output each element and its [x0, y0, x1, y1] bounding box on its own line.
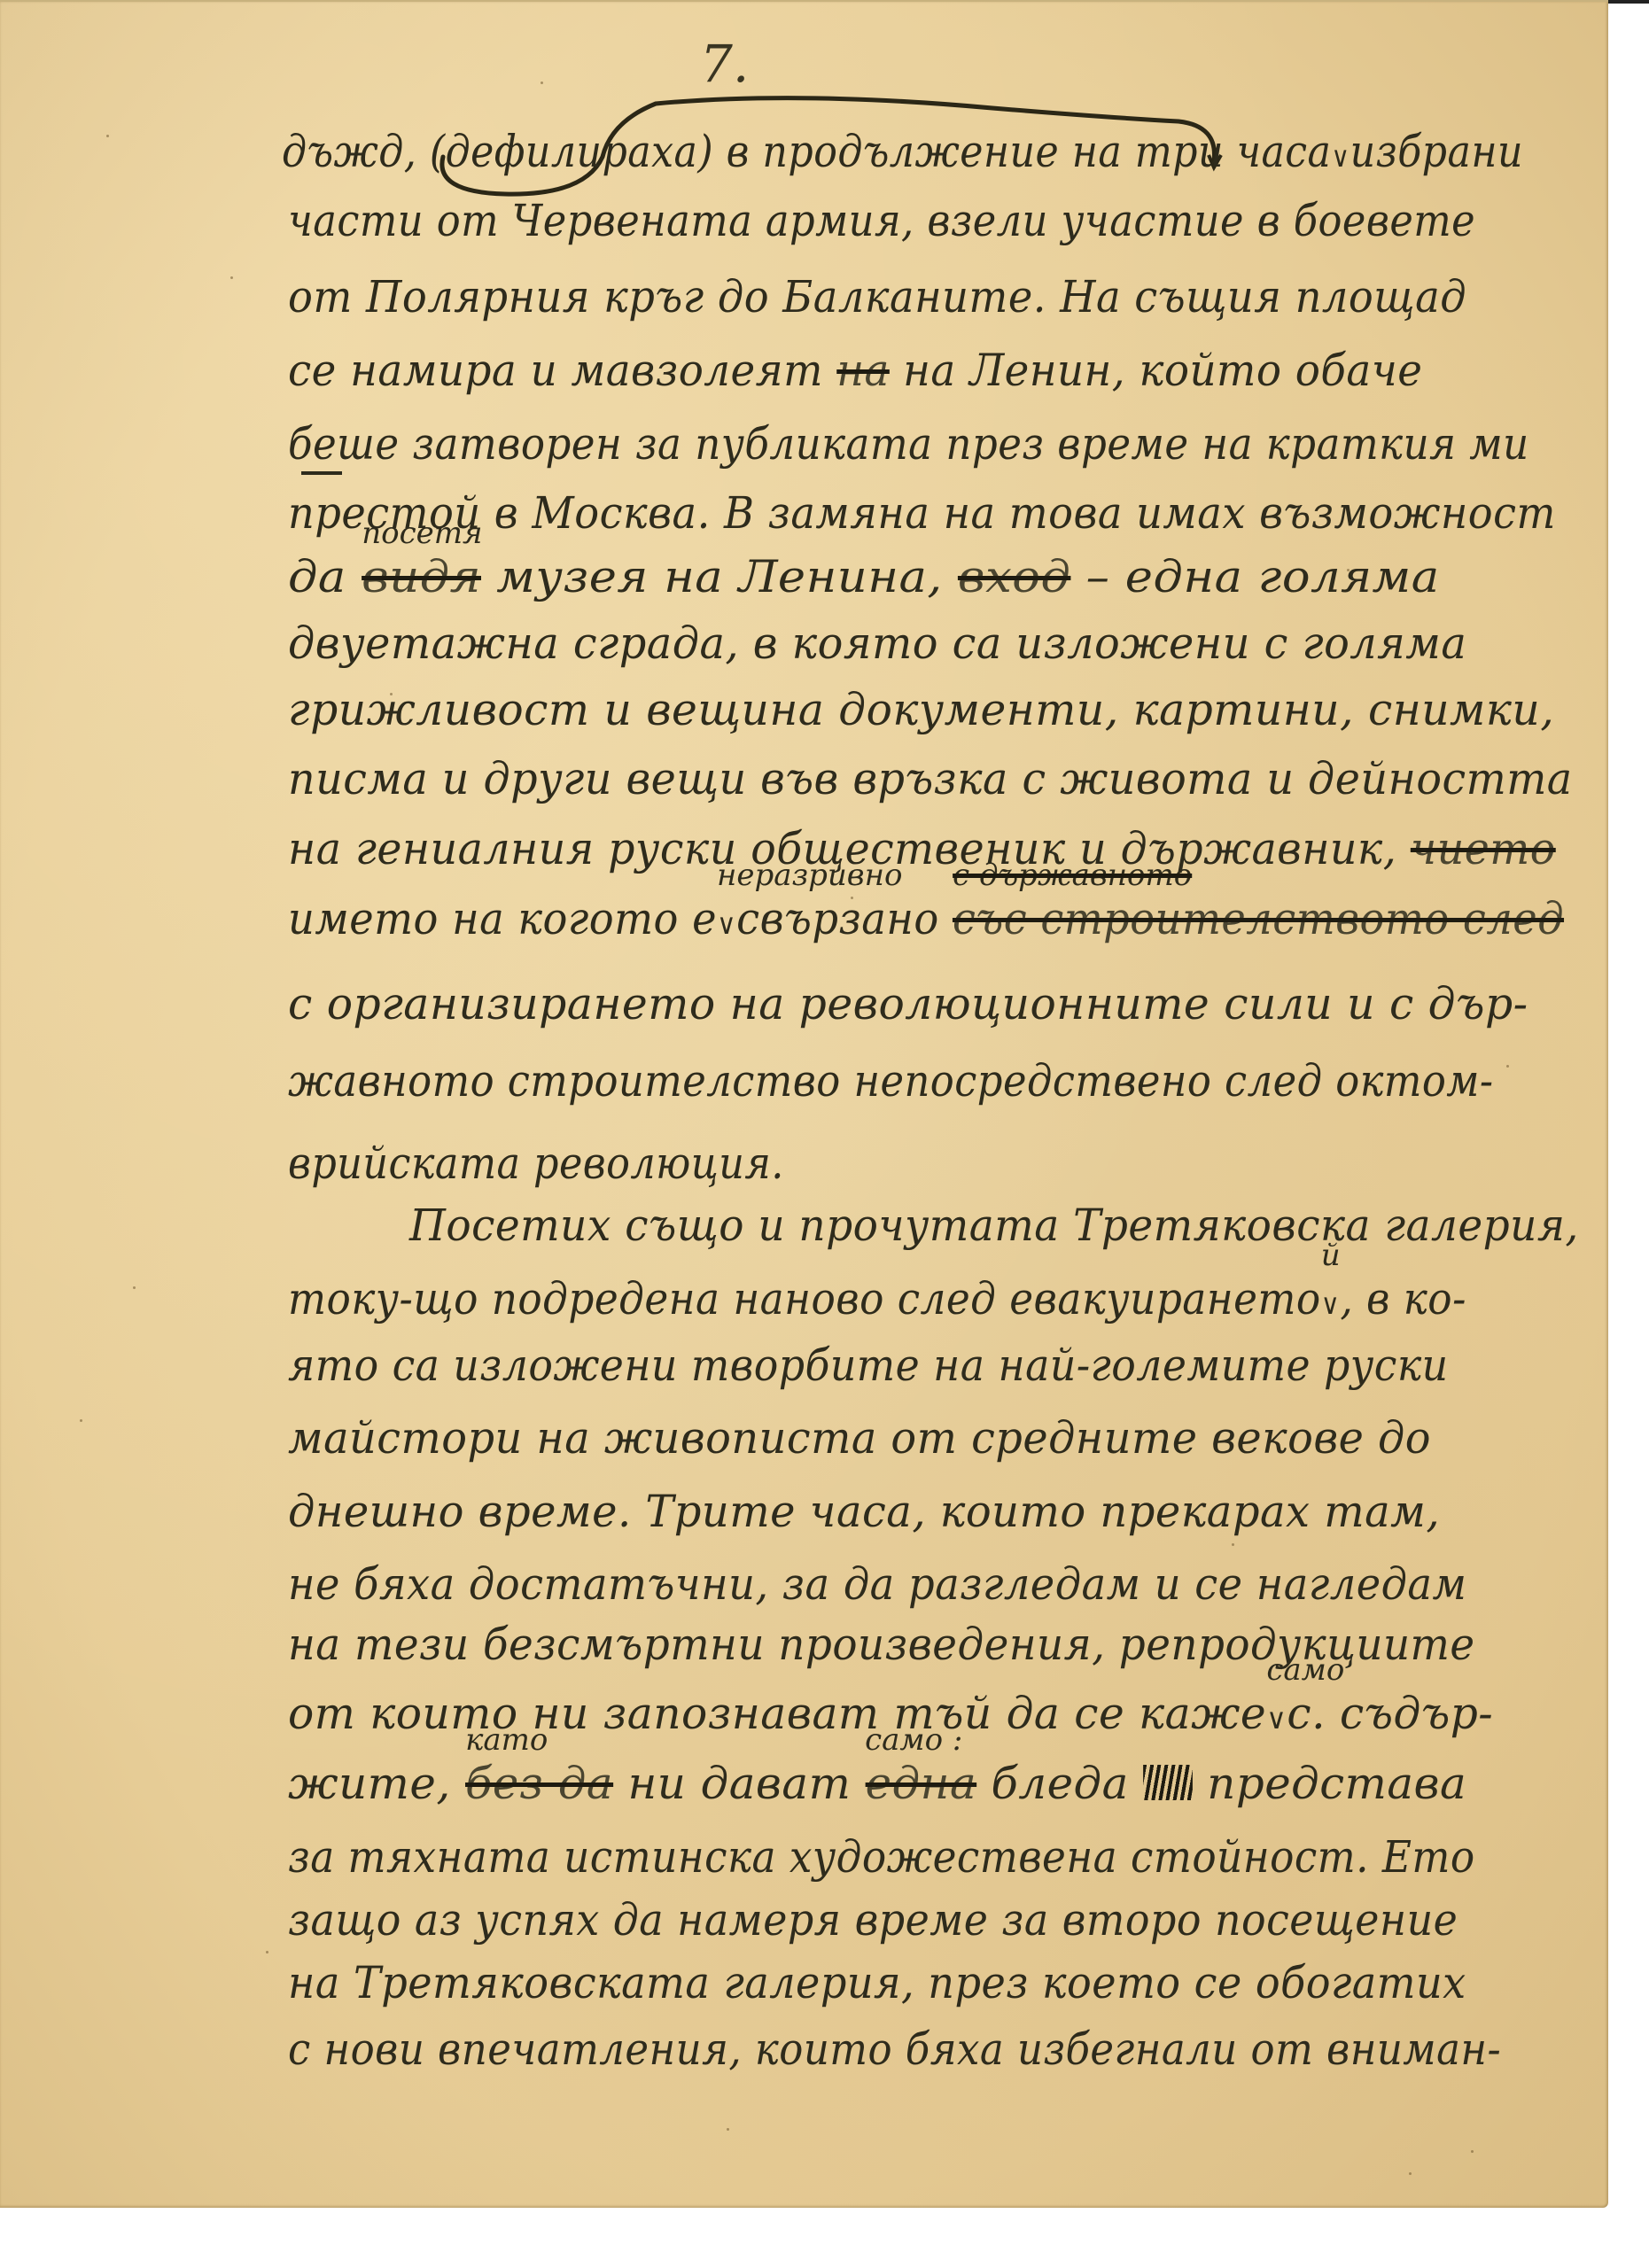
manuscript-line: ято са изложени творбите на най-големите… [288, 1343, 1449, 1387]
line-text: ни дават [613, 1758, 865, 1809]
insertion-caret-mark: ∨ [717, 907, 736, 941]
manuscript-line: Посетих също и прочутата Третяковска гал… [409, 1203, 1579, 1247]
line-text: – една голяма [1070, 551, 1439, 602]
line-text: защо аз успях да намеря време за второ п… [288, 1894, 1458, 1946]
manuscript-line: жавното строителство непосредствено след… [288, 1059, 1494, 1103]
paper-speck [727, 2128, 729, 2131]
manuscript-line: дъжд, (дефилираха) в продължение на три … [282, 129, 1523, 174]
line-text: се намира и мавзолеят [288, 345, 836, 396]
line-text: майстори на живописта от средните векове… [288, 1412, 1431, 1464]
interlinear-insertion: неразривно [717, 858, 902, 893]
manuscript-line: беше затворен за публиката през време на… [288, 422, 1529, 466]
line-text: , в ко- [1340, 1273, 1466, 1324]
line-text: ято са изложени творбите на най-големите… [288, 1340, 1449, 1391]
interlinear-insertion: само : [865, 1722, 962, 1758]
paper-speck [230, 276, 233, 279]
line-text: избрани [1350, 126, 1523, 177]
line-text: Посетих също и прочутата Третяковска гал… [409, 1200, 1579, 1251]
line-text: представа [1193, 1758, 1466, 1809]
manuscript-line: на гениалния руски общественик и държавн… [288, 827, 1556, 871]
manuscript-line: от Полярния кръг до Балканите. На същия … [288, 275, 1466, 319]
line-text: врийската революция. [288, 1138, 784, 1189]
line-text: днешно време. Трите часа, които прекарах… [288, 1486, 1440, 1537]
insertion-caret-mark: ∨ [1331, 140, 1350, 174]
line-text: на Ленин, който обаче [890, 345, 1423, 396]
line-text: с. съдър- [1287, 1688, 1493, 1739]
line-text: с нови впечатления, които бяха избегнали… [288, 2023, 1501, 2075]
insertion-caret-mark: ∨ [1266, 1702, 1287, 1736]
underline-mark [301, 471, 342, 475]
line-text: името на когото е [288, 893, 717, 944]
struck-through-text: без да [465, 1758, 613, 1809]
manuscript-line: грижливост и вещина документи, картини, … [288, 687, 1554, 732]
struck-through-text: видя [362, 551, 481, 602]
struck-through-text: чието [1411, 823, 1556, 874]
manuscript-line: двуетажна сграда, в която са изложени с … [288, 621, 1466, 665]
struck-through-text: със строителството след [953, 893, 1564, 944]
paper-speck [851, 897, 853, 899]
manuscript-line: на Третяковската галерия, през което се … [288, 1961, 1466, 2005]
paper-speck [1471, 2150, 1474, 2153]
circled-word: (дефилираха) [430, 126, 713, 177]
manuscript-line: името на когото е∨свързано със строителс… [288, 897, 1564, 941]
paper-speck [133, 1286, 136, 1289]
line-text: двуетажна сграда, в която са изложени с … [288, 617, 1466, 669]
scribbled-out-text: ### [1143, 1765, 1193, 1800]
line-text: грижливост и вещина документи, картини, … [288, 684, 1554, 735]
paper-speck [106, 135, 109, 137]
manuscript-line: части от Червената армия, взели участие … [288, 198, 1475, 243]
line-text: не бяха достатъчни, за да разгледам и се… [288, 1558, 1466, 1610]
line-text: да [288, 551, 362, 602]
manuscript-line: току-що подредена наново след евакуиране… [288, 1277, 1466, 1321]
line-text: музея на Ленина, [481, 551, 958, 602]
struck-interlinear-insertion: с държавното [953, 858, 1192, 893]
manuscript-line: с нови впечатления, които бяха избегнали… [288, 2027, 1501, 2071]
line-text: жите, [288, 1758, 465, 1809]
line-text: от Полярния кръг до Балканите. На същия … [288, 271, 1466, 322]
paper-speck [266, 1951, 268, 1953]
line-text: за тяхната истинска художествена стойнос… [288, 1831, 1475, 1883]
paper-speck [1347, 569, 1350, 571]
line-text: на Третяковската галерия, през което се … [288, 1957, 1466, 2008]
line-text: в продължение на три часа [713, 126, 1331, 177]
line-text: беше затворен за публиката през време на… [288, 418, 1529, 470]
line-text: жавното строителство непосредствено след… [288, 1055, 1494, 1107]
manuscript-line: с организирането на революционните сили … [288, 982, 1528, 1026]
struck-through-text: вход [958, 551, 1071, 602]
page-number: 7. [700, 34, 749, 94]
interlinear-insertion: й [1321, 1238, 1341, 1273]
interlinear-insertion: посетя [362, 516, 482, 551]
manuscript-page: 7. дъжд, (дефилираха) в продължение на т… [0, 2, 1608, 2208]
line-text: бледа [976, 1758, 1143, 1809]
paper-speck [1232, 1543, 1234, 1546]
manuscript-line: врийската революция. [288, 1141, 784, 1185]
manuscript-line: днешно време. Трите часа, които прекарах… [288, 1489, 1440, 1534]
paper-speck [80, 1419, 82, 1422]
manuscript-line: защо аз успях да намеря време за второ п… [288, 1898, 1458, 1942]
paper-speck [541, 82, 543, 84]
line-text: части от Червената армия, взели участие … [288, 195, 1475, 246]
manuscript-line: се намира и мавзолеят на на Ленин, който… [288, 348, 1422, 392]
line-text: току-що подредена наново след евакуиране… [288, 1273, 1321, 1324]
insertion-caret-mark: ∨ [1321, 1287, 1341, 1321]
manuscript-line: писма и други вещи във връзка с живота и… [288, 757, 1573, 801]
struck-through-text: на [836, 345, 890, 396]
paper-speck [1506, 1065, 1509, 1068]
manuscript-line: за тяхната истинска художествена стойнос… [288, 1835, 1475, 1879]
line-text: дъжд, [282, 126, 430, 177]
manuscript-line: да видя музея на Ленина, вход – една гол… [288, 555, 1440, 599]
paper-speck [1409, 2172, 1412, 2175]
struck-through-text: една [866, 1758, 977, 1809]
interlinear-insertion: само [1266, 1652, 1344, 1688]
interlinear-insertion: като [465, 1722, 548, 1758]
manuscript-line: майстори на живописта от средните векове… [288, 1416, 1431, 1460]
manuscript-line: не бяха достатъчни, за да разгледам и се… [288, 1562, 1466, 1606]
paper-speck [390, 693, 393, 695]
scanner-strip [1608, 0, 1649, 4]
line-text: писма и други вещи във връзка с живота и… [288, 753, 1573, 804]
line-text: свързано [736, 893, 953, 944]
line-text: с организирането на революционните сили … [288, 978, 1528, 1029]
manuscript-line: жите, без да ни дават една бледа ### пре… [288, 1761, 1466, 1806]
line-text: от които ни запознават тъй да се каже [288, 1688, 1266, 1739]
